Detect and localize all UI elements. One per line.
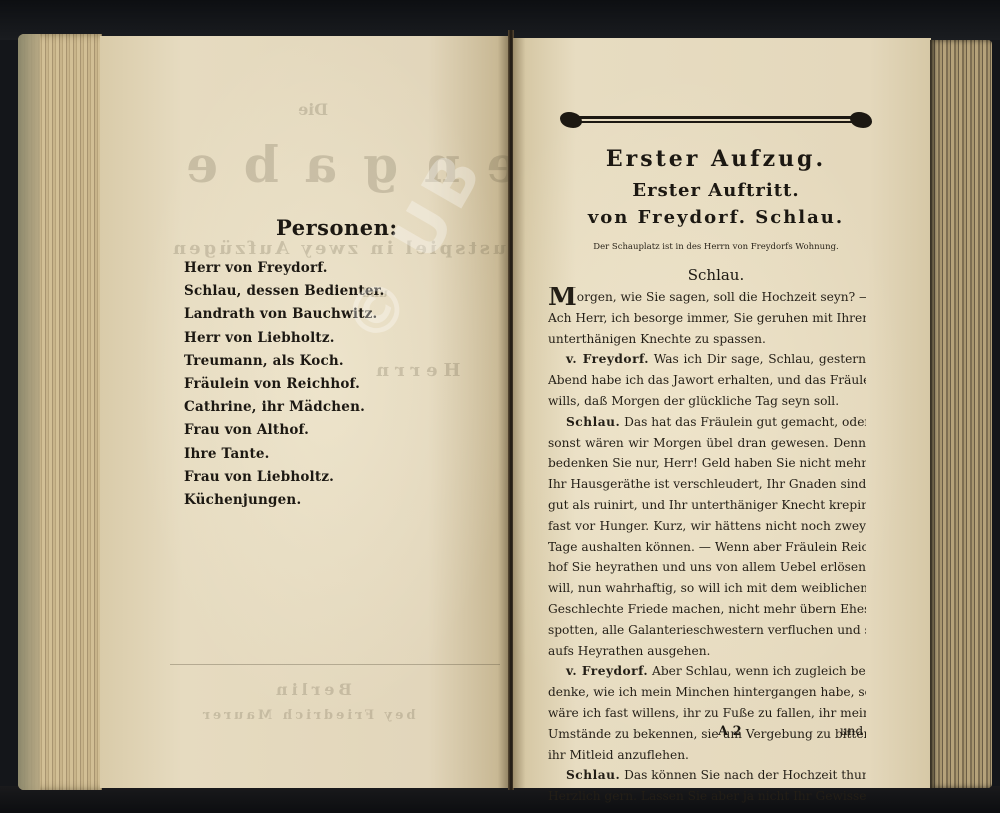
text-line: Schlau. Das hat das Fräulein gut gemacht… xyxy=(548,412,866,433)
bleed-through-imprint-city: Berlin xyxy=(272,680,352,699)
line-text: Das hat das Fräulein gut gemacht, oder xyxy=(620,415,866,429)
text-line: Umstände zu bekennen, sie um Vergebung z… xyxy=(548,724,866,745)
stage-setting: Der Schauplatz ist in des Herrn von Frey… xyxy=(560,242,872,252)
dialogue-body: Morgen, wie Sie sagen, soll die Hochzeit… xyxy=(548,287,866,807)
cast-item: Fräulein von Reichhof. xyxy=(184,373,385,396)
left-page-edges xyxy=(18,34,102,790)
scene-title: Erster Auftritt. xyxy=(560,180,872,201)
ornament-end-left-icon xyxy=(560,112,582,128)
speaker-name: v. Freydorf. xyxy=(566,352,649,366)
text-line: Herzlich gern. Lassen Sie aber ja nicht … xyxy=(548,786,866,807)
line-text: Aber Schlau, wenn ich zugleich be- xyxy=(648,664,866,678)
text-line: Tage aushalten können. — Wenn aber Fräul… xyxy=(548,537,866,558)
text-line: wäre ich fast willens, ihr zu Fuße zu fa… xyxy=(548,703,866,724)
text-line: v. Freydorf. Was ich Dir sage, Schlau, g… xyxy=(548,349,866,370)
scan-background-top xyxy=(0,0,1000,40)
drop-cap: M xyxy=(548,287,577,308)
text-line: Schlau. Das können Sie nach der Hochzeit… xyxy=(548,765,866,786)
text-line: aufs Heyrathen ausgehen. xyxy=(548,641,866,662)
line-text: Das können Sie nach der Hochzeit thun. xyxy=(620,768,866,782)
cast-item: Treumann, als Koch. xyxy=(184,350,385,373)
cast-item: Frau von Althof. xyxy=(184,419,385,442)
text-line: gut als ruinirt, und Ihr unterthäniger K… xyxy=(548,495,866,516)
act-title: Erster Aufzug. xyxy=(560,146,872,172)
text-line: Abend habe ich das Jawort erhalten, und … xyxy=(548,370,866,391)
text-line: hof Sie heyrathen und uns von allem Uebe… xyxy=(548,557,866,578)
bleed-through-word-top: Die xyxy=(298,100,328,119)
text-line: fast vor Hunger. Kurz, wir hättens nicht… xyxy=(548,516,866,537)
line-text: orgen, wie Sie sagen, soll die Hochzeit … xyxy=(577,290,866,304)
text-line: wills, daß Morgen der glückliche Tag sey… xyxy=(548,391,866,412)
catchword: und xyxy=(840,724,863,738)
cast-item: Frau von Liebholtz. xyxy=(184,466,385,489)
text-line: sonst wären wir Morgen übel dran gewesen… xyxy=(548,433,866,454)
text-line: will, nun wahrhaftig, so will ich mit de… xyxy=(548,578,866,599)
cast-item: Cathrine, ihr Mädchen. xyxy=(184,396,385,419)
bleed-through-subtitle: Lustspiel in zwey Aufzügen xyxy=(170,238,522,259)
speaker-name: Schlau. xyxy=(566,415,620,429)
bleed-through-rule xyxy=(170,664,500,665)
bleed-through-imprint-publisher: bey Friedrich Maurer xyxy=(200,708,416,723)
header-ornament xyxy=(560,110,872,130)
speaker-name: Schlau. xyxy=(566,768,620,782)
scene-characters: von Freydorf. Schlau. xyxy=(560,207,872,228)
text-line: bedenken Sie nur, Herr! Geld haben Sie n… xyxy=(548,453,866,474)
line-text: Was ich Dir sage, Schlau, gestern xyxy=(649,352,866,366)
signature-mark: A 2 xyxy=(718,724,742,739)
text-line: v. Freydorf. Aber Schlau, wenn ich zugle… xyxy=(548,661,866,682)
text-line: spotten, alle Galanterieschwestern verfl… xyxy=(548,620,866,641)
cast-item: Küchenjungen. xyxy=(184,489,385,512)
ornament-rule xyxy=(578,121,854,123)
ornament-rule xyxy=(578,116,854,119)
ornament-end-right-icon xyxy=(850,112,872,128)
text-line: Morgen, wie Sie sagen, soll die Hochzeit… xyxy=(548,287,866,308)
cast-item: Ihre Tante. xyxy=(184,443,385,466)
text-line: denke, wie ich mein Minchen hintergangen… xyxy=(548,682,866,703)
text-line: unterthänigen Knechte zu spassen. xyxy=(548,329,866,350)
speaker-name: v. Freydorf. xyxy=(566,664,648,678)
right-page-edges xyxy=(930,40,992,788)
text-line: Ihr Hausgeräthe ist verschleudert, Ihr G… xyxy=(548,474,866,495)
speaker-heading: Schlau. xyxy=(560,266,872,284)
text-line: Geschlechte Friede machen, nicht mehr üb… xyxy=(548,599,866,620)
text-line: Ach Herr, ich besorge immer, Sie geruhen… xyxy=(548,308,866,329)
text-line: ihr Mitleid anzuflehen. xyxy=(548,745,866,766)
